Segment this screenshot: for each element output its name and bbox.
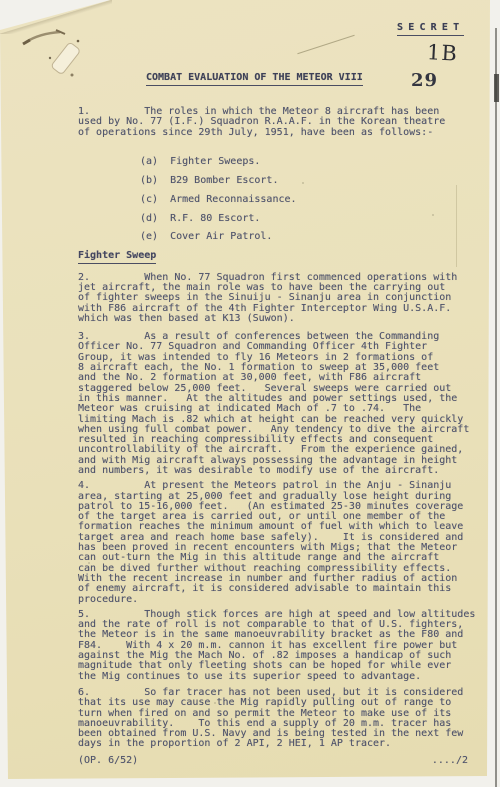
list-item: (a) Fighter Sweeps.	[140, 157, 480, 167]
scanner-edge-line	[495, 28, 497, 787]
footer-continuation: ..../2	[432, 756, 468, 766]
pencil-scratch	[297, 35, 354, 54]
list-item: (d) R.F. 80 Escort.	[140, 214, 480, 224]
document-page: SECRET 1B 29 COMBAT EVALUATION OF THE ME…	[0, 0, 500, 787]
paragraph-1: 1. The roles in which the Meteor 8 aircr…	[78, 107, 480, 138]
handwritten-routing-mark: 1B	[426, 40, 458, 66]
classification-stamp: SECRET	[397, 22, 464, 36]
paragraph-3: 3. As a result of conferences between th…	[78, 332, 480, 476]
scanner-edge-blob	[494, 74, 499, 102]
page-footer: (OP. 6/52) ..../2	[78, 756, 480, 766]
list-item: (b) B29 Bomber Escort.	[140, 176, 480, 186]
list-item: (e) Cover Air Patrol.	[140, 232, 480, 242]
paragraph-4: 4. At present the Meteors patrol in the …	[78, 481, 480, 605]
paragraph-6: 6. So far tracer has not been used, but …	[78, 688, 480, 750]
footer-reference: (OP. 6/52)	[78, 756, 138, 766]
staple-mark-icon	[14, 18, 94, 80]
document-body: 1. The roles in which the Meteor 8 aircr…	[78, 107, 480, 766]
section-heading-fighter-sweep: Fighter Sweep	[78, 251, 156, 263]
page-number-stamp: 29	[411, 70, 438, 91]
paragraph-5: 5. Though stick forces are high at speed…	[78, 610, 480, 682]
section-heading-row: Fighter Sweep	[78, 251, 480, 272]
roles-list: (a) Fighter Sweeps. (b) B29 Bomber Escor…	[140, 157, 480, 243]
list-item: (c) Armed Reconnaissance.	[140, 195, 480, 205]
paragraph-2: 2. When No. 77 Squadron first commenced …	[78, 273, 480, 324]
document-title: COMBAT EVALUATION OF THE METEOR VIII	[146, 72, 363, 86]
